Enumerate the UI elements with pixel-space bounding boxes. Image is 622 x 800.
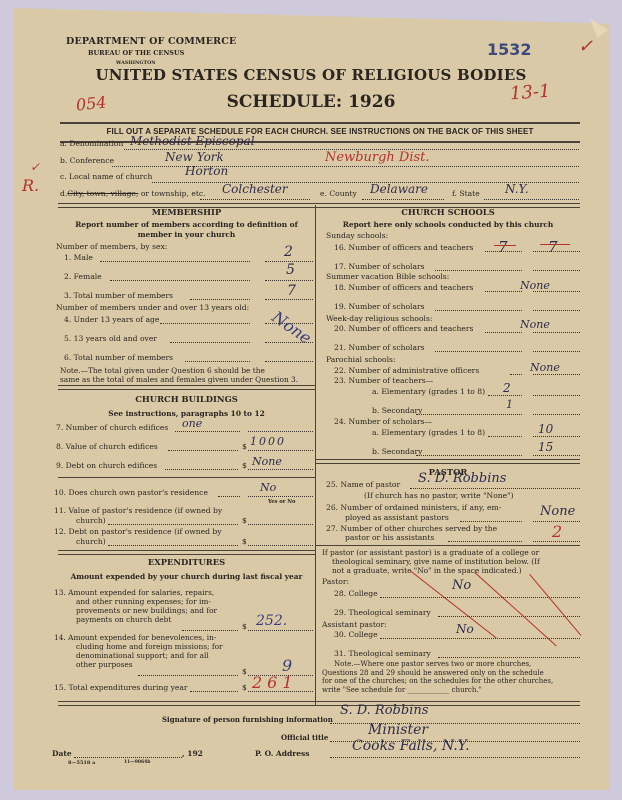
expenditures-subtitle: Amount expended by your church during la… xyxy=(58,572,315,581)
q23b-label: b. Secondary xyxy=(372,406,422,415)
pastor-note: Note.—Where one pastor serves two or mor… xyxy=(322,660,580,694)
q25-field[interactable]: S. D. Robbins xyxy=(418,471,506,486)
city-line xyxy=(200,199,310,200)
date-field[interactable] xyxy=(74,757,182,758)
residence-value-field xyxy=(248,524,313,525)
q24a-leader xyxy=(488,436,522,437)
city-field[interactable]: Colchester xyxy=(222,182,288,196)
pastor-divider xyxy=(316,545,580,546)
total-members-label: 3. Total number of members xyxy=(64,291,173,300)
state-label: f. State xyxy=(452,189,480,198)
q16-red-strike xyxy=(494,245,516,246)
item14-line4: other purposes xyxy=(54,660,223,669)
q16-field[interactable]: 7 xyxy=(498,238,508,256)
po-address-line xyxy=(330,757,580,758)
county-label: e. County xyxy=(320,189,357,198)
item13-field[interactable]: 252. xyxy=(256,613,287,629)
residence-debt-field[interactable] xyxy=(248,545,313,546)
state-field[interactable]: N.Y. xyxy=(505,182,529,196)
over-13-leader xyxy=(170,342,250,343)
official-title-field[interactable]: Minister xyxy=(368,722,428,738)
church-buildings-title: CHURCH BUILDINGS xyxy=(58,394,315,404)
column-divider xyxy=(315,205,316,705)
weekday-schools-label: Week-day religious schools: xyxy=(326,314,432,323)
item14-line2: cluding home and foreign missions; for xyxy=(54,642,223,651)
edifices-count-label: 7. Number of church edifices xyxy=(56,423,168,432)
expenditures-title: EXPENDITURES xyxy=(58,557,315,567)
by-age-label: Number of members under and over 13 year… xyxy=(56,303,249,312)
male-label: 1. Male xyxy=(64,253,93,262)
q24a-field[interactable]: 10 xyxy=(538,422,553,436)
conference-line xyxy=(112,166,579,167)
q20-leader xyxy=(485,332,522,333)
under-13-label: 4. Under 13 years of age xyxy=(64,315,159,324)
membership-note-line1: Note.—The total given under Question 6 s… xyxy=(60,366,265,375)
residence-value-label2: church) xyxy=(76,516,106,525)
q23a-leader xyxy=(488,395,522,396)
church-schools-subtitle: Report here only schools conducted by th… xyxy=(316,220,580,229)
q23b-field[interactable]: 1 xyxy=(506,398,513,411)
q30-field[interactable]: No xyxy=(456,622,474,636)
residence-debt-leader xyxy=(108,545,238,546)
item14-line3: denominational support; and for all xyxy=(54,651,223,660)
female-field[interactable]: 5 xyxy=(286,262,295,278)
sunday-schools-label: Sunday schools: xyxy=(326,231,388,240)
pastor-note-line2: Questions 28 and 29 should be answered o… xyxy=(322,669,580,678)
q16-label: 16. Number of officers and teachers xyxy=(334,243,473,252)
item13-line xyxy=(248,630,313,631)
residence-debt-label: 12. Debt on pastor's residence (if owned… xyxy=(54,527,222,536)
denomination-field[interactable]: Methodist Episcopal xyxy=(130,134,255,148)
county-field[interactable]: Delaware xyxy=(370,182,428,196)
graduate-note: If pastor (or assistant pastor) is a gra… xyxy=(322,548,580,575)
edifices-value-line xyxy=(248,450,313,451)
q29-field[interactable] xyxy=(438,616,580,617)
edifices-debt-label: 9. Debt on church edifices xyxy=(56,461,157,470)
q28-field[interactable]: No xyxy=(452,578,471,593)
county-line xyxy=(362,199,444,200)
state-line xyxy=(484,199,579,200)
q26-field[interactable]: None xyxy=(540,504,575,519)
item13-line3: provements or new buildings; and for xyxy=(54,606,217,615)
red-annotation-right: 13-1 xyxy=(509,81,551,105)
church-schools-title: CHURCH SCHOOLS xyxy=(316,207,580,217)
graduate-note-line3: not a graduate, write "No" in the space … xyxy=(322,566,580,575)
item14-line1: 14. Amount expended for benevolences, in… xyxy=(54,633,223,642)
item15-field[interactable]: 261 xyxy=(252,673,298,692)
edifices-count-leader xyxy=(175,431,240,432)
q22-line xyxy=(533,374,580,375)
signature-field[interactable]: S. D. Robbins xyxy=(340,703,428,718)
q19-label: 19. Number of scholars xyxy=(334,302,425,311)
q22-field[interactable]: None xyxy=(530,361,560,374)
total-leader xyxy=(190,299,250,300)
edifices-debt-line xyxy=(248,469,313,470)
pastor-note-line3: for one of the churches; on the schedule… xyxy=(322,677,580,686)
total-line xyxy=(265,299,313,300)
q27-leader xyxy=(448,541,522,542)
dollar-sign: $ xyxy=(242,442,247,451)
form-code: 8—5518 a xyxy=(68,760,95,766)
item13-line1: 13. Amount expended for salaries, repair… xyxy=(54,588,217,597)
item13-line4: payments on church debt xyxy=(54,615,217,624)
item15-label: 15. Total expenditures during year xyxy=(54,683,188,692)
q22-label: 22. Number of administrative officers xyxy=(334,366,479,375)
header-rule-top xyxy=(60,122,580,124)
q27-label: 27. Number of other churches served by t… xyxy=(326,524,497,533)
q24b-field[interactable]: 15 xyxy=(538,440,553,454)
edifices-value-field[interactable]: 1000 xyxy=(250,435,286,448)
male-field[interactable]: 2 xyxy=(284,244,293,260)
q24a-label: a. Elementary (grades 1 to 8) xyxy=(372,428,485,437)
local-name-field[interactable]: Horton xyxy=(185,164,228,178)
date-label: Date xyxy=(52,749,72,758)
owns-residence-leader xyxy=(218,496,240,497)
q19-field[interactable] xyxy=(533,310,580,311)
q29-label: 29. Theological seminary xyxy=(334,608,431,617)
dollar-sign: $ xyxy=(242,667,247,676)
q28-label: 28. College xyxy=(334,589,378,598)
q24a-line xyxy=(533,436,580,437)
male-leader xyxy=(100,261,250,262)
q18-field[interactable]: None xyxy=(520,279,550,292)
graduate-note-line1: If pastor (or assistant pastor) is a gra… xyxy=(322,548,580,557)
q24-label: 24. Number of scholars— xyxy=(334,417,432,426)
q24b-label: b. Secondary xyxy=(372,447,422,456)
q31-field[interactable] xyxy=(438,657,580,658)
over-13-label: 5. 13 years old and over xyxy=(64,334,157,343)
city-label-rest: or township, etc. xyxy=(138,189,205,198)
q20-field[interactable]: None xyxy=(520,318,550,331)
q23a-line xyxy=(533,395,580,396)
owns-residence-line xyxy=(248,496,313,497)
edifices-debt-leader xyxy=(165,469,238,470)
yes-or-no-hint: Yes or No xyxy=(268,499,295,505)
residence-value-label: 11. Value of pastor's residence (if owne… xyxy=(54,506,222,515)
q23b-leader xyxy=(416,414,522,415)
po-address-field[interactable]: Cooks Falls, N.Y. xyxy=(352,738,470,754)
owns-residence-label: 10. Does church own pastor's residence xyxy=(54,488,208,497)
local-name-label: c. Local name of church xyxy=(60,172,152,181)
q21-field[interactable] xyxy=(533,351,580,352)
q17-label: 17. Number of scholars xyxy=(334,262,425,271)
red-check-icon: ✓ xyxy=(578,36,593,57)
q19-leader xyxy=(435,310,522,311)
q23b-line xyxy=(533,414,580,415)
q26-label: 26. Number of ordained ministers, if any… xyxy=(326,503,501,512)
q24b-line xyxy=(533,455,580,456)
q20-label: 20. Number of officers and teachers xyxy=(334,324,473,333)
edifices-value-leader xyxy=(168,450,238,451)
item13-leader xyxy=(182,630,238,631)
item13-line2: and other running expenses; for im- xyxy=(54,597,217,606)
dollar-sign: $ xyxy=(242,622,247,631)
q25-hint: (If church has no pastor, write "None") xyxy=(364,491,514,500)
q20-line xyxy=(533,332,580,333)
edifices-debt-field[interactable]: None xyxy=(252,455,282,468)
official-title-label: Official title xyxy=(281,733,328,742)
total-age-label: 6. Total number of members xyxy=(64,353,173,362)
bureau-label: BUREAU OF THE CENSUS xyxy=(88,49,184,57)
dollar-sign: $ xyxy=(242,683,247,692)
dollar-sign: $ xyxy=(242,461,247,470)
q17-leader xyxy=(435,270,522,271)
item15-leader xyxy=(190,691,238,692)
dollar-sign: $ xyxy=(242,537,247,546)
owns-residence-field[interactable]: No xyxy=(260,481,276,494)
residence-debt-label2: church) xyxy=(76,537,106,546)
membership-title: MEMBERSHIP xyxy=(58,207,315,217)
q24b-leader xyxy=(416,455,522,456)
parochial-schools-label: Parochial schools: xyxy=(326,355,396,364)
conference-label: b. Conference xyxy=(60,156,114,165)
q26-label2: ployed as assistant pastors xyxy=(345,513,449,522)
residence-value-leader xyxy=(108,524,238,525)
stamp-number: 1532 xyxy=(487,40,532,59)
pastor-sub-label: Pastor: xyxy=(322,577,349,586)
red-annotation-left: 054 xyxy=(75,92,107,114)
membership-note: Note.—The total given under Question 6 s… xyxy=(60,366,315,384)
q21-label: 21. Number of scholars xyxy=(334,343,425,352)
q17-field[interactable] xyxy=(533,270,580,271)
department-label: DEPARTMENT OF COMMERCE xyxy=(66,36,236,47)
q27-field[interactable]: 2 xyxy=(552,522,562,541)
q25-line xyxy=(410,488,580,489)
under-13-leader xyxy=(160,323,250,324)
red-letter-annotation: R. xyxy=(22,176,39,195)
q18-leader xyxy=(485,291,522,292)
q21-leader xyxy=(435,351,522,352)
red-check-left-icon: ✓ xyxy=(30,160,40,174)
pastor-note-line4: write "See schedule for ____________ chu… xyxy=(322,686,580,695)
membership-divider xyxy=(58,385,315,390)
q22-leader xyxy=(510,374,522,375)
city-struck-label: City, town, village, xyxy=(67,189,138,198)
graduate-note-line2: theological seminary, give name of insti… xyxy=(322,557,580,566)
female-leader xyxy=(110,280,250,281)
schools-divider xyxy=(316,459,580,464)
membership-subtitle-1: Report number of members according to de… xyxy=(58,220,315,229)
dollar-sign: $ xyxy=(242,516,247,525)
by-sex-label: Number of members, by sex: xyxy=(56,242,167,251)
q16-red-strike-2 xyxy=(540,244,570,245)
q30-label: 30. College xyxy=(334,630,378,639)
assistant-pastor-label: Assistant pastor: xyxy=(322,620,387,629)
item14-leader xyxy=(138,675,238,676)
q23a-field[interactable]: 2 xyxy=(503,381,511,395)
q16-field-2[interactable]: 7 xyxy=(548,238,558,256)
conference-district-note: Newburgh Dist. xyxy=(325,150,430,165)
signature-label: Signature of person furnishing informati… xyxy=(162,715,333,724)
total-members-field[interactable]: 7 xyxy=(287,283,296,299)
edifices-value-label: 8. Value of church edifices xyxy=(56,442,158,451)
pastor-note-line1: Note.—Where one pastor serves two or mor… xyxy=(322,660,580,669)
item13-label: 13. Amount expended for salaries, repair… xyxy=(54,588,217,624)
membership-subtitle-2: member in your church xyxy=(58,230,315,239)
conference-field[interactable]: New York xyxy=(165,150,224,164)
denomination-label: a. Denomination xyxy=(60,139,123,148)
edifices-count-line xyxy=(248,431,313,432)
summer-schools-label: Summer vacation Bible schools: xyxy=(326,272,449,281)
footer-divider xyxy=(58,701,580,706)
year-suffix: , 192 xyxy=(182,749,203,758)
print-code: 11—9064b xyxy=(124,760,150,765)
po-address-label: P. O. Address xyxy=(255,749,309,758)
q27-label2: pastor or his assistants xyxy=(345,533,434,542)
q25-label: 25. Name of pastor xyxy=(326,480,400,489)
q31-label: 31. Theological seminary xyxy=(334,649,431,658)
buildings-bottom-divider xyxy=(58,550,315,555)
q23a-label: a. Elementary (grades 1 to 8) xyxy=(372,387,485,396)
female-line xyxy=(265,280,313,281)
total-age-leader xyxy=(185,361,250,362)
q18-label: 18. Number of officers and teachers xyxy=(334,283,473,292)
q27-line xyxy=(533,541,580,542)
item14-label: 14. Amount expended for benevolences, in… xyxy=(54,633,223,669)
city-label-row: d.City, town, village, or township, etc. xyxy=(60,189,206,198)
membership-note-line2: same as the total of males and females g… xyxy=(60,375,298,384)
buildings-divider xyxy=(58,477,315,478)
q23-label: 23. Number of teachers— xyxy=(334,376,433,385)
total-age-line xyxy=(265,361,313,362)
q26-leader xyxy=(460,521,522,522)
female-label: 2. Female xyxy=(64,272,102,281)
edifices-count-field[interactable]: one xyxy=(182,417,202,430)
